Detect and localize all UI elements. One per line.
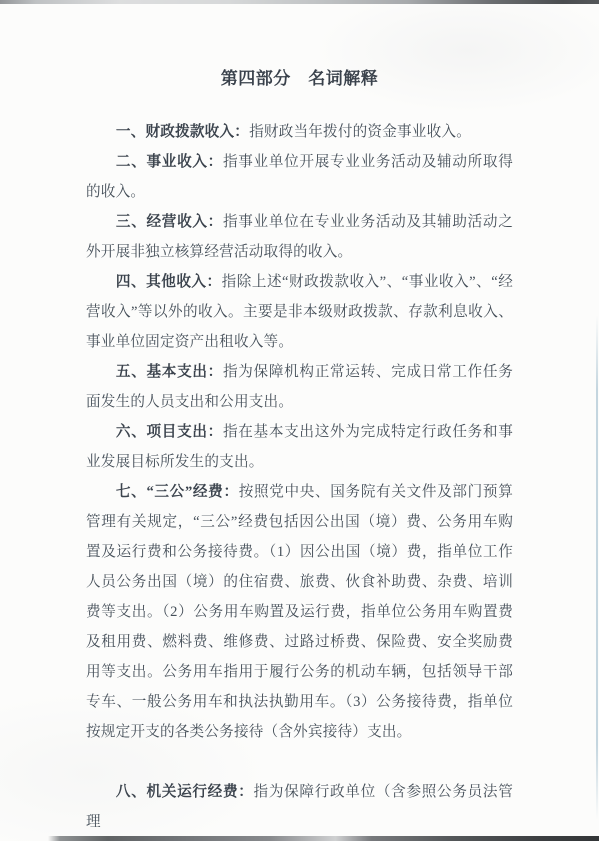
term-label: 四、其他收入： [116,274,222,290]
definition-paragraph-8: 八、机关运行经费：指为保障行政单位（含参照公务员法管理 [86,777,513,837]
definition-paragraph-1: 一、财政拨款收入：指财政当年拨付的资金事业收入。 [86,117,513,147]
term-label: 八、机关运行经费： [116,784,254,800]
definition-paragraph-3: 三、经营收入：指事业单位在专业业务活动及其辅助活动之外开展非独立核算经营活动取得… [86,207,513,267]
definition-paragraph-6: 六、项目支出：指在基本支出这外为完成特定行政任务和事业发展目标所发生的支出。 [86,417,513,477]
term-definition: 指财政当年拨付的资金事业收入。 [249,124,471,140]
term-label: 六、项目支出： [116,424,223,440]
document-page: 第四部分 名词解释 一、财政拨款收入：指财政当年拨付的资金事业收入。 二、事业收… [0,0,599,841]
term-label: 七、“三公”经费： [116,484,239,500]
scan-artifact-right-edge [596,315,598,820]
definition-paragraph-2: 二、事业收入：指事业单位开展专业业务活动及辅动所取得的收入。 [86,147,513,207]
section-title: 第四部分 名词解释 [86,63,513,95]
term-definition: 按照党中央、国务院有关文件及部门预算管理有关规定，“三公”经费包括因公出国（境）… [86,484,513,740]
term-label: 一、财政拨款收入： [116,124,249,140]
definition-paragraph-5: 五、基本支出：指为保障机构正常运转、完成日常工作任务面发生的人员支出和公用支出。 [86,357,513,417]
term-label: 三、经营收入： [116,214,223,230]
definition-paragraph-7: 七、“三公”经费：按照党中央、国务院有关文件及部门预算管理有关规定，“三公”经费… [86,477,513,747]
document-content: 第四部分 名词解释 一、财政拨款收入：指财政当年拨付的资金事业收入。 二、事业收… [86,63,513,837]
term-label: 五、基本支出： [116,364,223,380]
glossary-body: 一、财政拨款收入：指财政当年拨付的资金事业收入。 二、事业收入：指事业单位开展专… [86,117,513,837]
scan-artifact-top-edge [0,0,599,4]
definition-paragraph-4: 四、其他收入：指除上述“财政拨款收入”、“事业收入”、“经营收入”等以外的收入。… [86,267,513,357]
term-label: 二、事业收入： [116,154,223,170]
